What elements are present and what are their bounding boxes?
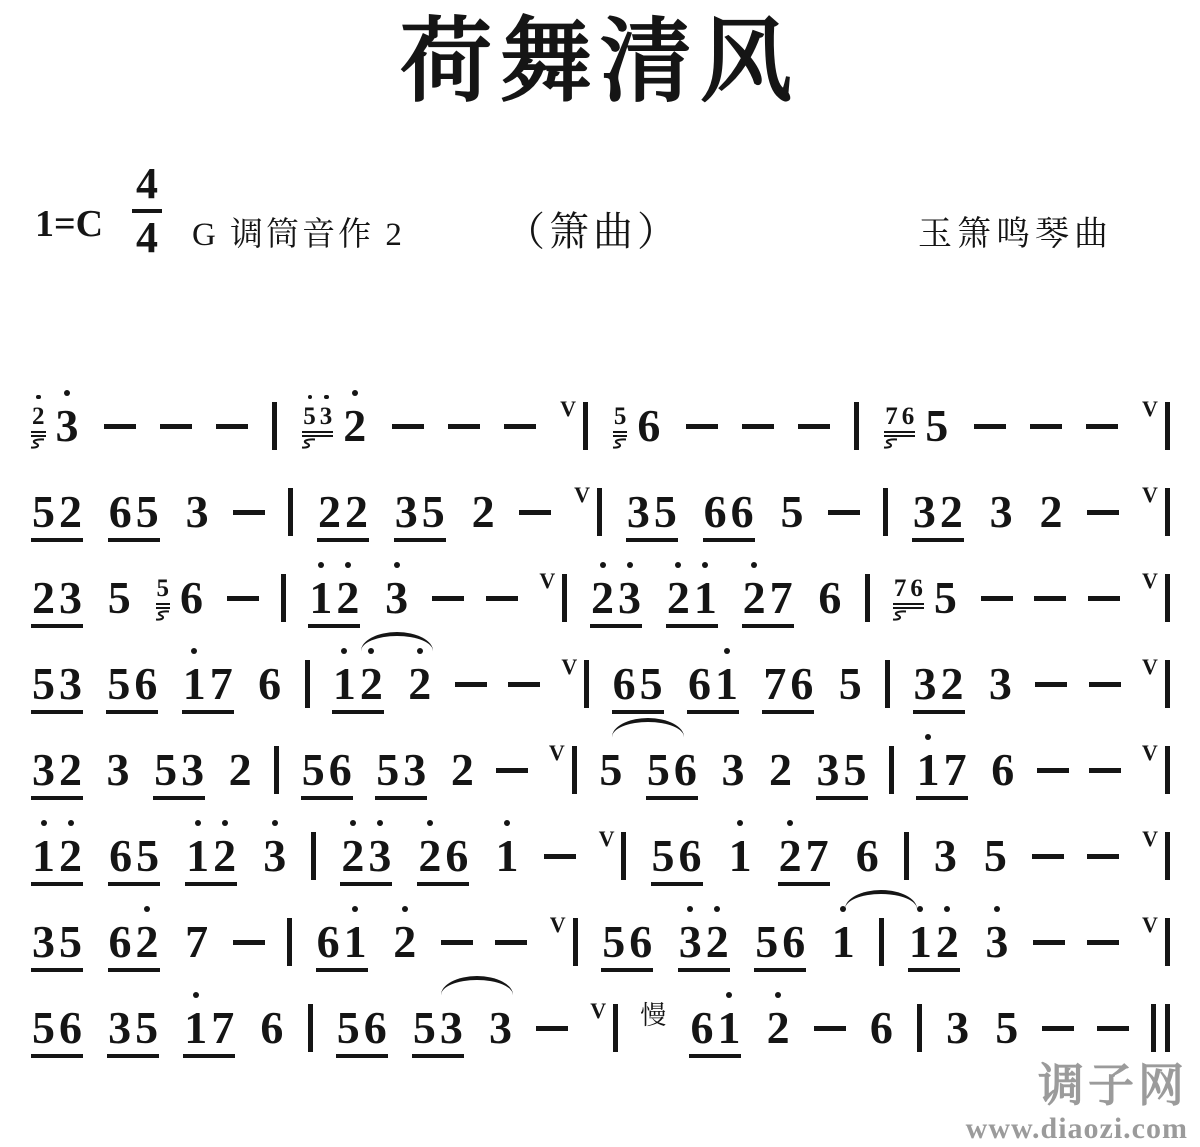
note-digits: 53 — [30, 661, 84, 707]
duration-underlines — [666, 624, 718, 628]
note-digit: 5 — [301, 404, 318, 429]
octave-dot — [917, 906, 923, 912]
octave-dot — [600, 562, 606, 568]
duration-dash — [742, 403, 774, 449]
octave-dot — [191, 648, 197, 654]
notation-line: 126512323261V56127635V — [0, 813, 1200, 899]
duration-underlines — [703, 538, 755, 542]
note: 3 — [932, 833, 959, 879]
key-signature: 1=C — [35, 202, 103, 246]
duration-dash — [496, 747, 528, 793]
underline — [778, 882, 830, 886]
note-digits: 53 — [301, 404, 334, 429]
note-digit: 3 — [366, 833, 393, 879]
underline — [913, 710, 965, 714]
note-digit: 5 — [133, 1005, 160, 1051]
note: 6 — [256, 661, 283, 707]
note: 3 — [983, 919, 1010, 965]
note-digit: 6 — [702, 489, 729, 535]
note-digits: 5 — [155, 576, 172, 601]
duration-underlines — [590, 624, 642, 628]
barline — [305, 660, 310, 708]
note-digit: 1 — [715, 1005, 742, 1051]
octave-dot — [222, 820, 228, 826]
note-digit: 2 — [134, 919, 161, 965]
barline — [308, 1004, 313, 1052]
duration-underlines — [884, 431, 915, 437]
underline — [106, 710, 158, 714]
note: 2 — [341, 403, 368, 449]
octave-dot — [427, 820, 433, 826]
underline — [816, 796, 868, 800]
duration-dash — [448, 403, 480, 449]
note: 3 — [987, 661, 1014, 707]
notation-line: 23532V56765V — [0, 383, 1200, 469]
underline — [336, 1054, 388, 1058]
octave-dot — [64, 390, 70, 396]
duration-underlines — [689, 1054, 741, 1058]
octave-dot — [308, 395, 313, 400]
underline — [153, 796, 205, 800]
duration-dash — [227, 575, 259, 621]
note-digit: 3 — [105, 747, 132, 793]
note: 6 — [816, 575, 843, 621]
octave-dot — [504, 820, 510, 826]
note-digits: 32 — [30, 747, 84, 793]
note-digit: 5 — [30, 489, 57, 535]
duration-underlines — [182, 710, 234, 714]
duration-underlines — [31, 796, 83, 800]
underline — [646, 796, 698, 800]
duration-underlines — [317, 538, 369, 542]
note-digit: 2 — [334, 575, 361, 621]
breath-bar-cluster: V — [549, 746, 577, 794]
note-digit: 2 — [470, 489, 497, 535]
underline — [916, 796, 968, 800]
note-digit: 3 — [318, 404, 335, 429]
duration-underlines — [754, 968, 806, 972]
note-digits: 61 — [315, 919, 369, 965]
note-digits: 61 — [688, 1005, 742, 1051]
note: 32 — [30, 747, 84, 793]
note-digits: 35 — [393, 489, 447, 535]
note: 6 — [868, 1005, 895, 1051]
note-digits: 3 — [261, 833, 288, 879]
duration-underlines — [31, 431, 46, 437]
note-digits: 6 — [868, 1005, 895, 1051]
octave-dot — [737, 820, 743, 826]
duration-dash — [1087, 489, 1119, 535]
breath-bar-cluster: V — [1142, 918, 1170, 966]
note-digit: 5 — [652, 489, 679, 535]
note-digits: 3 — [719, 747, 746, 793]
note-digits: 32 — [911, 489, 965, 535]
note-digit: 2 — [57, 489, 84, 535]
note-digits: 6 — [854, 833, 881, 879]
underline — [185, 882, 237, 886]
note-digit: 5 — [612, 404, 629, 429]
barline — [904, 832, 909, 880]
underline — [183, 1054, 235, 1058]
breath-bar-cluster: V — [1142, 660, 1170, 708]
underline — [912, 538, 964, 542]
note-digits: 12 — [184, 833, 238, 879]
duration-dash — [1034, 575, 1066, 621]
octave-dot — [193, 992, 199, 998]
sheet-music-page: 荷舞清风 1=C 4 4 G 调筒音作 2 （箫曲） 玉箫鸣琴曲 23532V5… — [0, 0, 1200, 1147]
octave-dot — [627, 562, 633, 568]
note-digit: 2 — [665, 575, 692, 621]
note: 56 — [650, 833, 704, 879]
note: 3 — [944, 1005, 971, 1051]
duration-underlines — [778, 882, 830, 886]
note-digit: 2 — [589, 575, 616, 621]
note-digits: 3 — [105, 747, 132, 793]
note: 35 — [106, 1005, 160, 1051]
note: 66 — [702, 489, 756, 535]
note-digit: 6 — [107, 489, 134, 535]
underline — [689, 1054, 741, 1058]
grace-note-cluster: 23 — [30, 403, 81, 449]
note: 2 — [391, 919, 418, 965]
note-digit: 5 — [420, 489, 447, 535]
time-signature-denominator: 4 — [136, 216, 158, 260]
octave-dot — [345, 562, 351, 568]
duration-dash — [508, 661, 540, 707]
note-digits: 17 — [915, 747, 969, 793]
duration-underlines — [626, 538, 678, 542]
note-digit: 2 — [211, 833, 238, 879]
note: 35 — [625, 489, 679, 535]
tuning-note: G 调筒音作 2 — [192, 208, 405, 255]
note: 6 — [178, 575, 205, 621]
note: 27 — [777, 833, 831, 879]
note-digit: 2 — [343, 489, 370, 535]
note-digit: 1 — [331, 661, 358, 707]
notation-line: 563517656533V慢612635 — [0, 985, 1200, 1071]
octave-dot — [36, 395, 41, 400]
note-digit: 1 — [181, 661, 208, 707]
note: 76 — [761, 661, 815, 707]
note-digits: 3 — [184, 489, 211, 535]
duration-dash — [441, 919, 473, 965]
octave-dot — [394, 562, 400, 568]
note-digits: 6 — [816, 575, 843, 621]
note-digits: 27 — [777, 833, 831, 879]
note-digits: 3 — [944, 1005, 971, 1051]
note: 23 — [589, 575, 643, 621]
underline — [31, 1054, 83, 1058]
barline — [879, 918, 884, 966]
note: 2 — [406, 661, 433, 707]
breath-mark: V — [1142, 828, 1158, 850]
note: 17 — [182, 1005, 236, 1051]
grace-note: 76 — [892, 576, 925, 601]
duration-dash — [486, 575, 518, 621]
note: 2 — [767, 747, 794, 793]
note-digits: 56 — [650, 833, 704, 879]
note-digit: 2 — [227, 747, 254, 793]
note-digit: 5 — [923, 403, 950, 449]
note-digit: 6 — [611, 661, 638, 707]
duration-dash — [233, 489, 265, 535]
underline — [31, 710, 83, 714]
note-digit: 2 — [704, 919, 731, 965]
barline — [883, 488, 888, 536]
note-digit: 3 — [719, 747, 746, 793]
note-digits: 35 — [106, 1005, 160, 1051]
note-digit: 7 — [768, 575, 795, 621]
note: 5 — [993, 1005, 1020, 1051]
note-digit: 5 — [638, 661, 665, 707]
duration-dash — [1086, 403, 1118, 449]
barline — [287, 918, 292, 966]
note-digit: 1 — [184, 833, 211, 879]
note-digits: 53 — [411, 1005, 465, 1051]
note-digit: 1 — [727, 833, 754, 879]
note-digits: 6 — [989, 747, 1016, 793]
note-digit: 5 — [778, 489, 805, 535]
note-digit: 5 — [155, 576, 172, 601]
song-title: 荷舞清风 — [0, 10, 1200, 116]
barline — [1165, 574, 1170, 622]
octave-dot — [41, 820, 47, 826]
grace-hook-icon — [30, 438, 45, 449]
duration-underlines — [375, 796, 427, 800]
note-digit: 7 — [183, 919, 210, 965]
breath-bar-cluster: V — [560, 402, 588, 450]
note-digits: 2 — [1037, 489, 1064, 535]
note-digit: 5 — [842, 747, 869, 793]
octave-dot — [787, 820, 793, 826]
note-digits: 56 — [645, 747, 699, 793]
notation-line: 32353256532V5563235176V — [0, 727, 1200, 813]
note-digits: 5 — [923, 403, 950, 449]
breath-mark: V — [1142, 656, 1158, 678]
barline — [889, 746, 894, 794]
note: 65 — [611, 661, 665, 707]
barline — [583, 402, 588, 450]
note-digit: 6 — [362, 1005, 389, 1051]
octave-dot — [402, 906, 408, 912]
note-digit: 5 — [30, 1005, 57, 1051]
breath-mark: V — [1142, 398, 1158, 420]
note-digits: 6 — [178, 575, 205, 621]
note-digits: 2 — [765, 1005, 792, 1051]
note-digits: 6 — [258, 1005, 285, 1051]
duration-dash — [104, 403, 136, 449]
duration-underlines — [412, 1054, 464, 1058]
note-digit: 3 — [487, 1005, 514, 1051]
octave-dot — [195, 820, 201, 826]
note: 22 — [316, 489, 370, 535]
underline — [417, 882, 469, 886]
note-digit: 6 — [178, 575, 205, 621]
note: 56 — [753, 919, 807, 965]
note-digit: 6 — [688, 1005, 715, 1051]
underline — [678, 968, 730, 972]
note-digits: 1 — [830, 919, 857, 965]
note-digit: 5 — [300, 747, 327, 793]
octave-dot — [417, 648, 423, 654]
note-digit: 2 — [358, 661, 385, 707]
note-digit: 3 — [261, 833, 288, 879]
note: 56 — [335, 1005, 389, 1051]
breath-bar-cluster: V — [561, 660, 589, 708]
note-digits: 12 — [307, 575, 361, 621]
underline — [754, 968, 806, 972]
note: 5 — [597, 747, 624, 793]
note-digits: 32 — [912, 661, 966, 707]
note-digits: 35 — [815, 747, 869, 793]
note: 3 — [383, 575, 410, 621]
underline — [651, 882, 703, 886]
note-digit: 1 — [493, 833, 520, 879]
breath-bar-cluster: V — [590, 1004, 618, 1052]
duration-underlines — [107, 1054, 159, 1058]
duration-underlines — [31, 1054, 83, 1058]
note: 62 — [107, 919, 161, 965]
note-digit: 5 — [993, 1005, 1020, 1051]
note-digit: 1 — [307, 575, 334, 621]
breath-mark: V — [1142, 484, 1158, 506]
note-digit: 6 — [854, 833, 881, 879]
note: 3 — [487, 1005, 514, 1051]
note-digits: 2 — [767, 747, 794, 793]
note-digits: 56 — [335, 1005, 389, 1051]
duration-dash — [504, 403, 536, 449]
breath-bar-cluster: V — [574, 488, 602, 536]
note: 5 — [837, 661, 864, 707]
note: 12 — [907, 919, 961, 965]
underline — [762, 710, 814, 714]
note: 1 — [493, 833, 520, 879]
note: 61 — [686, 661, 740, 707]
note-digit: 7 — [883, 404, 900, 429]
duration-dash — [1033, 919, 1065, 965]
note: 12 — [331, 661, 385, 707]
note-digit: 6 — [256, 661, 283, 707]
note-digit: 6 — [635, 403, 662, 449]
underline — [394, 538, 446, 542]
note: 5 — [106, 575, 133, 621]
note-digit: 5 — [134, 489, 161, 535]
note-digits: 26 — [416, 833, 470, 879]
note: 23 — [30, 575, 84, 621]
breath-bar-cluster: V — [539, 574, 567, 622]
note-digit: 2 — [57, 747, 84, 793]
note-digits: 53 — [152, 747, 206, 793]
note: 1 — [727, 833, 754, 879]
duration-dash — [1035, 661, 1067, 707]
note-digit: 3 — [401, 747, 428, 793]
octave-dot — [144, 906, 150, 912]
grace-note: 53 — [301, 404, 334, 429]
duration-dash — [1097, 1005, 1129, 1051]
barline — [1165, 746, 1170, 794]
note-digits: 6 — [256, 661, 283, 707]
note-digits: 17 — [181, 661, 235, 707]
note-digit: 3 — [625, 489, 652, 535]
grace-hook-icon — [883, 438, 898, 449]
duration-dash — [1089, 661, 1121, 707]
note-digit: 7 — [892, 576, 909, 601]
note: 65 — [107, 833, 161, 879]
duration-dash — [495, 919, 527, 965]
note-digits: 3 — [988, 489, 1015, 535]
underline — [31, 796, 83, 800]
duration-dash — [798, 403, 830, 449]
underline — [601, 968, 653, 972]
breath-mark: V — [590, 1000, 606, 1022]
note: 32 — [677, 919, 731, 965]
note-digit: 5 — [597, 747, 624, 793]
note-digit: 3 — [983, 919, 1010, 965]
breath-mark: V — [1142, 742, 1158, 764]
note-digit: 2 — [939, 661, 966, 707]
note: 52 — [30, 489, 84, 535]
note-digits: 65 — [107, 833, 161, 879]
note-digit: 2 — [339, 833, 366, 879]
note: 65 — [107, 489, 161, 535]
underline — [182, 710, 234, 714]
note-digits: 5 — [932, 575, 959, 621]
octave-dot — [350, 820, 356, 826]
note-digit: 6 — [672, 747, 699, 793]
note-digit: 6 — [327, 747, 354, 793]
breath-bar-cluster: V — [1142, 746, 1170, 794]
note-digits: 3 — [383, 575, 410, 621]
note-digit: 3 — [438, 1005, 465, 1051]
note: 56 — [600, 919, 654, 965]
barline — [584, 660, 589, 708]
barline — [1165, 660, 1170, 708]
underline — [666, 624, 718, 628]
barline — [572, 746, 577, 794]
duration-dash — [519, 489, 551, 535]
time-signature: 4 4 — [132, 162, 162, 260]
note: 32 — [911, 489, 965, 535]
breath-mark: V — [561, 656, 577, 678]
duration-dash — [1087, 833, 1119, 879]
duration-underlines — [332, 710, 384, 714]
note: 6 — [854, 833, 881, 879]
note-digits: 2 — [470, 489, 497, 535]
grace-hook-icon — [612, 438, 627, 449]
underline — [893, 603, 924, 605]
note-digit: 5 — [30, 661, 57, 707]
note-digits: 5 — [982, 833, 1009, 879]
breath-mark: V — [549, 742, 565, 764]
note: 6 — [989, 747, 1016, 793]
underline — [884, 431, 915, 433]
underline — [108, 538, 160, 542]
note-digit: 7 — [761, 661, 788, 707]
note: 3 — [988, 489, 1015, 535]
note: 2 — [1037, 489, 1064, 535]
note: 61 — [315, 919, 369, 965]
note-digits: 2 — [341, 403, 368, 449]
note-digit: 5 — [106, 575, 133, 621]
note: 1 — [830, 919, 857, 965]
note-digits: 23 — [30, 575, 84, 621]
note-digits: 17 — [182, 1005, 236, 1051]
duration-underlines — [31, 882, 83, 886]
grace-hook-icon — [892, 610, 907, 621]
note-digits: 22 — [316, 489, 370, 535]
note: 17 — [181, 661, 235, 707]
duration-dash — [536, 1005, 568, 1051]
